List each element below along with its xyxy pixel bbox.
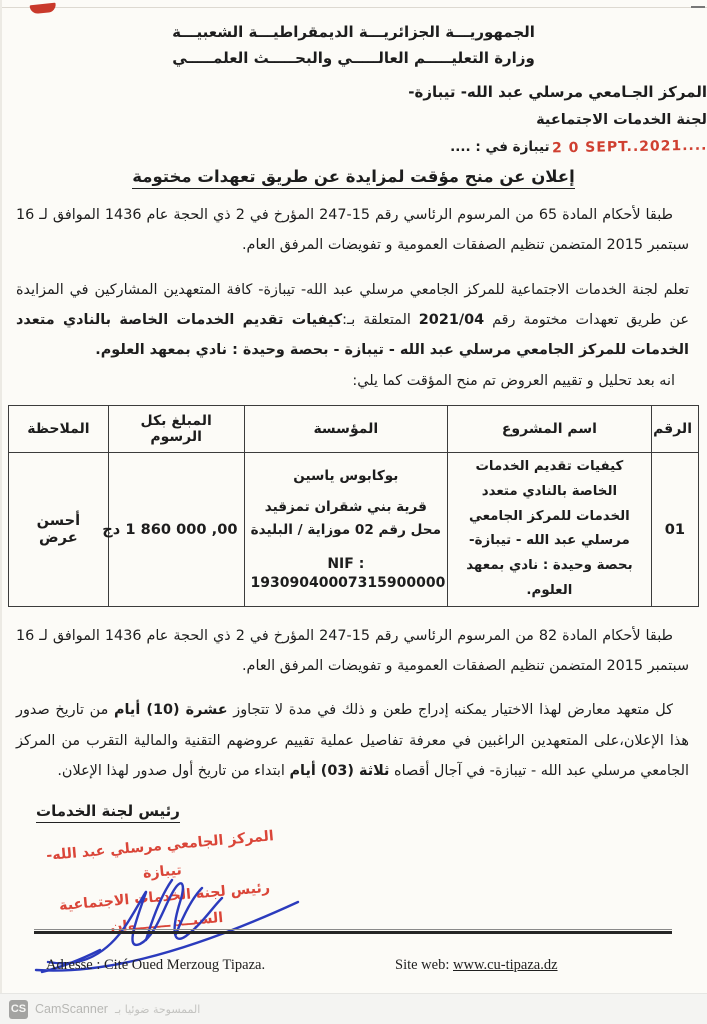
cell-number: 01 (651, 453, 698, 607)
footer-divider (34, 929, 672, 934)
scanned-document-page: الجمهوريـــة الجزائريـــة الديمقراطيـــة… (0, 0, 707, 1024)
nif-label: NIF : (251, 555, 442, 575)
header-amount: المبلغ بكل الرسوم (108, 406, 244, 453)
place-date-line: 2 0 SEPT..2021....تيبازة في : .... (20, 139, 707, 155)
company-nif: NIF : 19309040007315900000 (251, 555, 442, 594)
amount-currency: دج (102, 521, 120, 538)
ministry-title: وزارة التعليـــــم العالـــــي والبحــــ… (0, 46, 707, 72)
date-stamp: 2 0 SEPT..2021.... (551, 138, 707, 157)
national-header: الجمهوريـــة الجزائريـــة الديمقراطيـــة… (0, 20, 707, 71)
amount-value: 1 860 000 ,00 (125, 521, 237, 538)
camscanner-brand: CamScanner (35, 1002, 108, 1016)
header-number: الرقم (651, 406, 698, 453)
header-company: المؤسسة (244, 406, 448, 453)
header-note: الملاحظة (9, 406, 109, 453)
committee-name: لجنة الخدمات الاجتماعية (20, 112, 707, 128)
camscanner-note: الممسوحة ضوئيا بـ (115, 1003, 200, 1016)
scan-corner-dash (691, 6, 705, 8)
table-row: 01 كيفيات تقديم الخدمات الخاصة بالنادي م… (9, 453, 699, 607)
footer-site-url[interactable]: www.cu-tipaza.dz (453, 957, 558, 973)
paragraph-article-65: طبقا لأحكام المادة 65 من المرسوم الرئاسي… (16, 200, 689, 261)
nif-value: 19309040007315900000 (251, 574, 442, 594)
paragraph-article-82: طبقا لأحكام المادة 82 من المرسوم الرئاسي… (16, 621, 689, 682)
university-center-name: المركز الجـامعي مرسلي عبد الله- تيبازة- (20, 83, 707, 101)
cell-project: كيفيات تقديم الخدمات الخاصة بالنادي متعد… (448, 453, 652, 607)
camscanner-watermark-bar: CS CamScanner الممسوحة ضوئيا بـ (0, 993, 707, 1024)
republic-title: الجمهوريـــة الجزائريـــة الديمقراطيـــة… (0, 20, 707, 46)
institution-header: المركز الجـامعي مرسلي عبد الله- تيبازة- … (0, 83, 707, 155)
company-address: قرية بني شقران تمزقيد محل رقم 02 موزاية … (251, 496, 442, 542)
camscanner-logo-icon: CS (9, 1000, 28, 1019)
company-name: بوكابوس ياسين (251, 465, 442, 488)
appeal-delay-ten: عشرة (10) أيام (114, 702, 228, 718)
cell-note: أحسن عرض (9, 453, 109, 607)
footer-site-label: Site web: (395, 957, 453, 973)
award-intro-line: انه بعد تحليل و تقييم العروض تم منح المؤ… (16, 367, 689, 396)
table-header-row: الرقم اسم المشروع المؤسسة المبلغ بكل الر… (9, 406, 699, 453)
tender-number: 2021/04 (419, 312, 484, 328)
awards-table: الرقم اسم المشروع المؤسسة المبلغ بكل الر… (8, 405, 699, 607)
header-project: اسم المشروع (448, 406, 652, 453)
signature-title: رئيس لجنة الخدمات (0, 802, 707, 820)
scan-red-mark (30, 3, 57, 15)
notice-paragraph: تعلم لجنة الخدمات الاجتماعية للمركز الجا… (16, 275, 689, 366)
cell-amount: 1 860 000 ,00 دج (108, 453, 244, 607)
footer-site: Site web: www.cu-tipaza.dz (395, 957, 558, 974)
cell-company: بوكابوس ياسين قرية بني شقران تمزقيد محل … (244, 453, 448, 607)
appeal-delay-three: ثلاثة (03) أيام (290, 763, 390, 779)
appeal-paragraph: كل متعهد معارض لهذا الاختيار يمكنه إدراج… (16, 695, 689, 786)
footer-address: Adresse : Cité Oued Merzoug Tipaza. (46, 957, 265, 974)
place-date-label: تيبازة في : .... (450, 139, 549, 155)
document-title: إعلان عن منح مؤقت لمزايدة عن طريق تعهدات… (0, 167, 707, 186)
scan-edge-line (0, 7, 707, 8)
